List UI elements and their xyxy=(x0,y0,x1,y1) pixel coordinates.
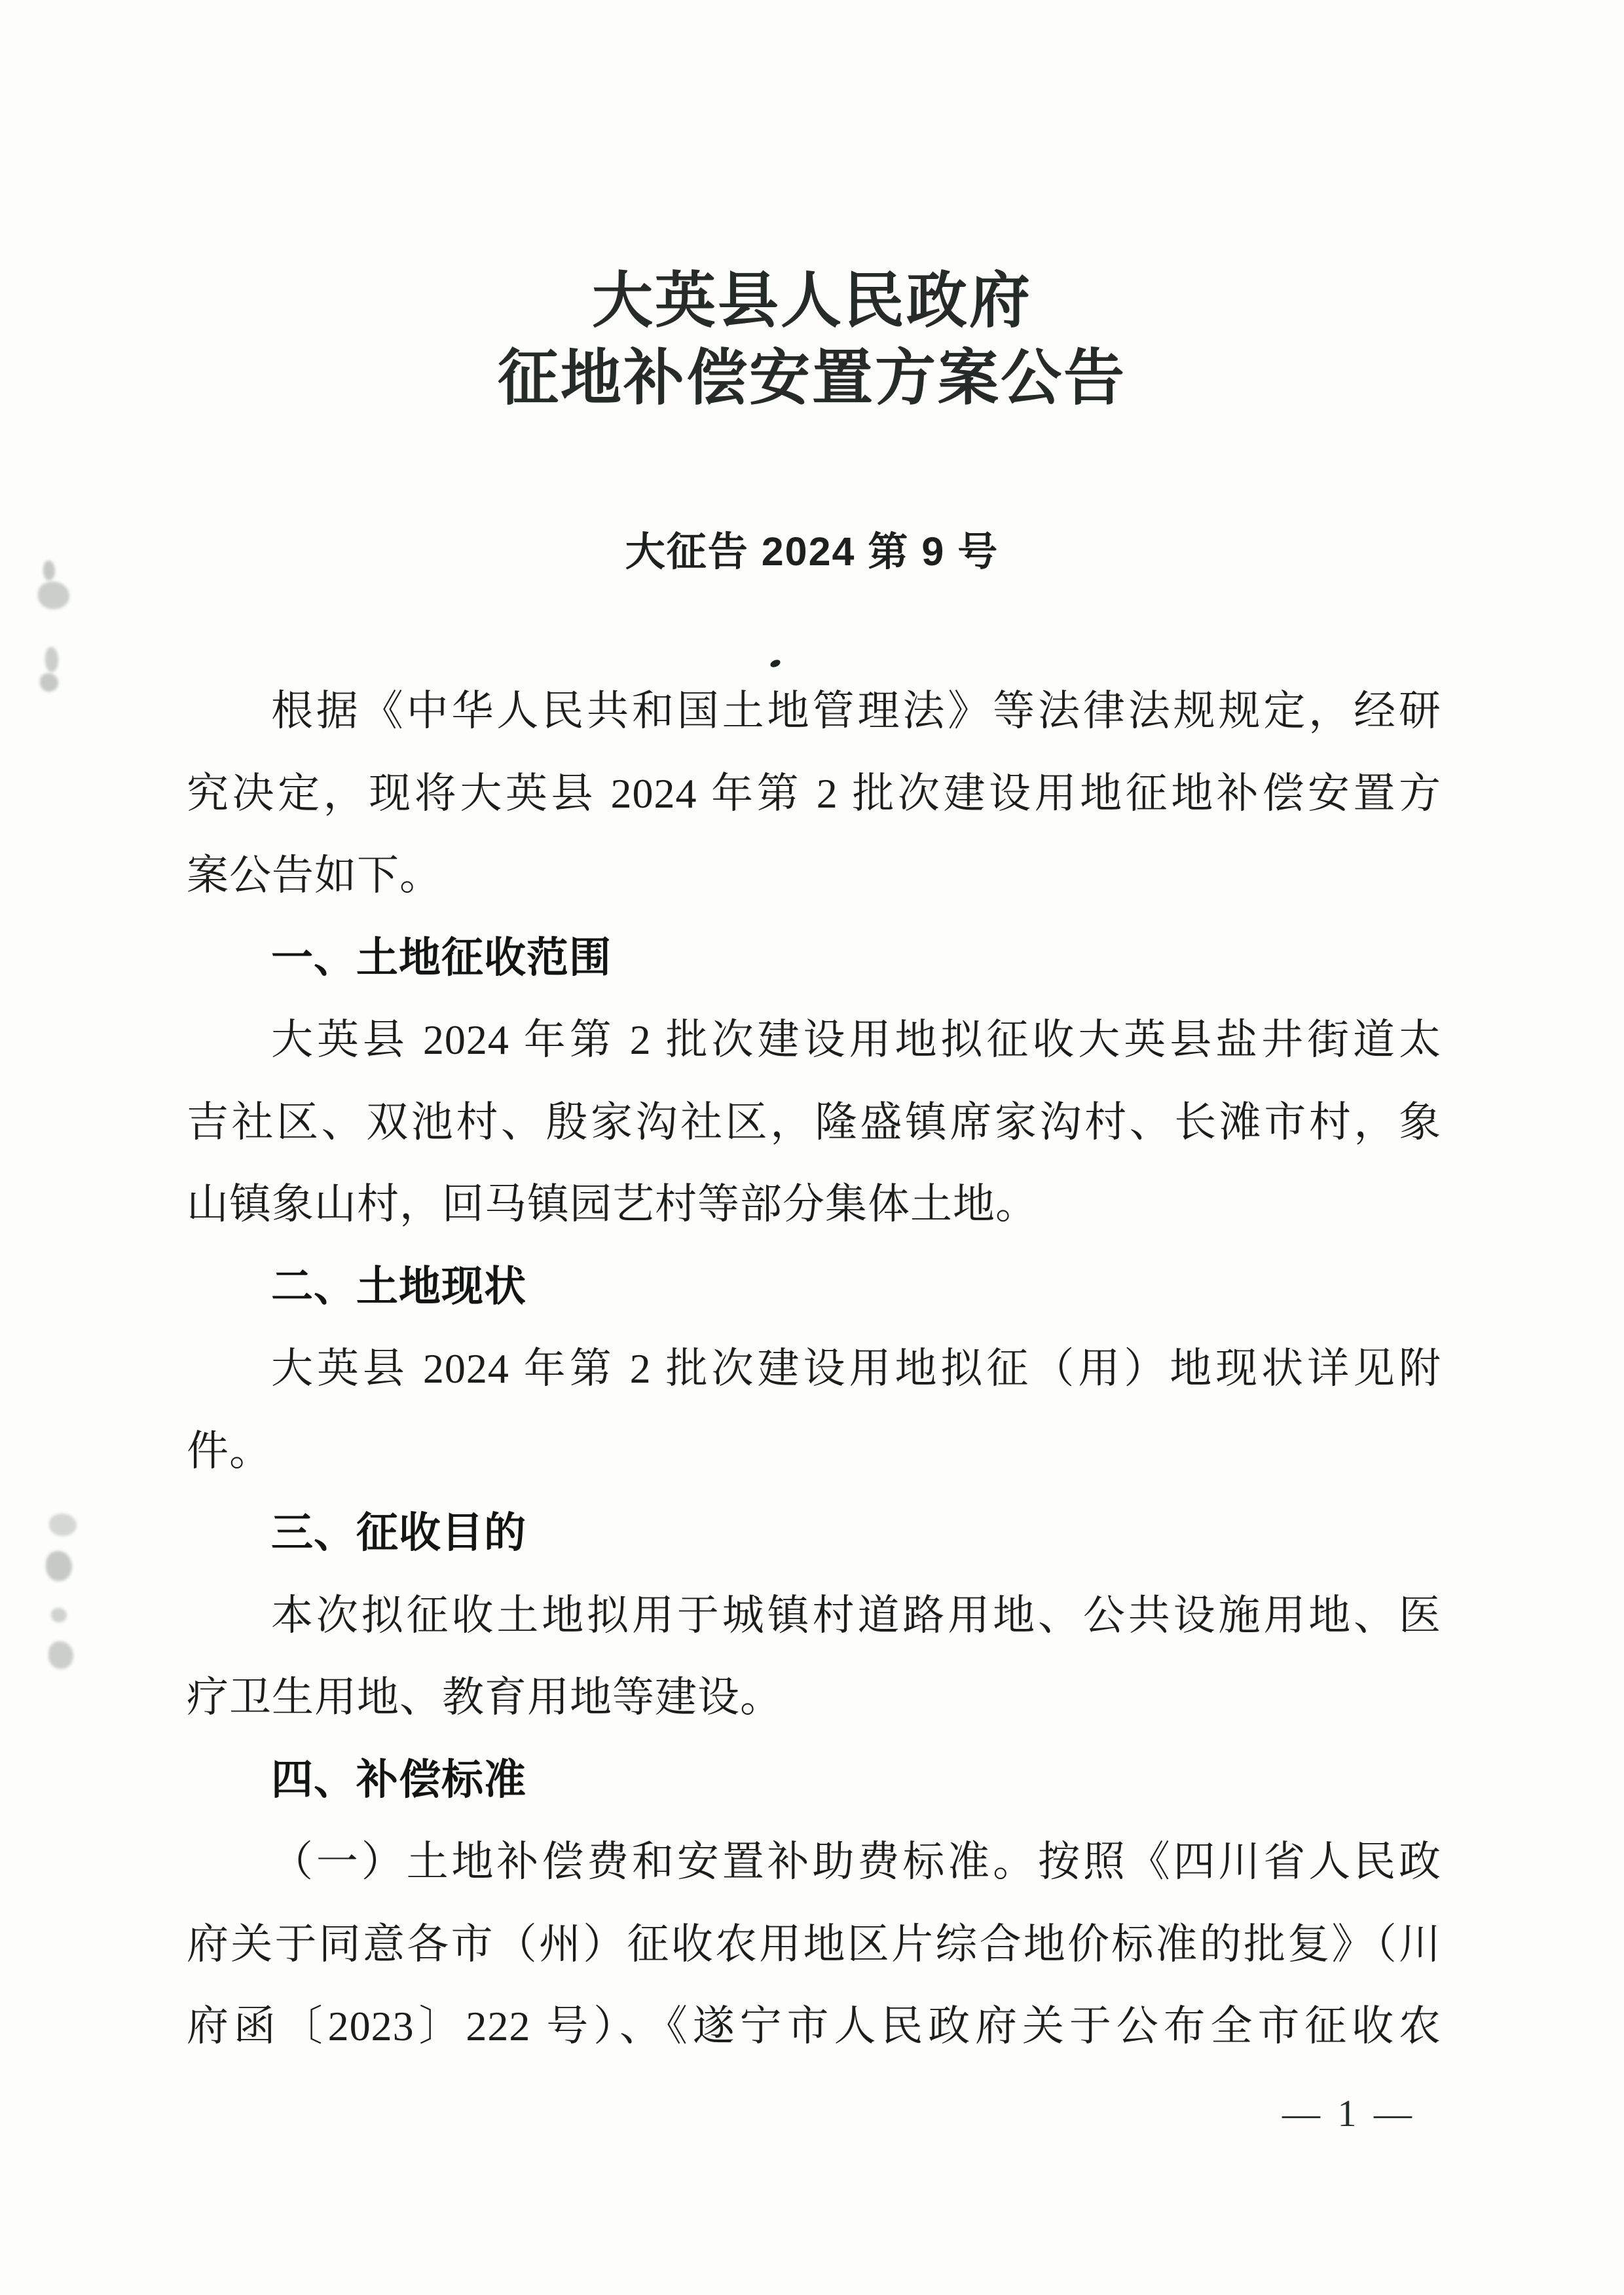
scan-artifact xyxy=(45,647,58,672)
body-line: 件。 xyxy=(187,1428,1441,1475)
section-heading-3: 三、征收目的 xyxy=(187,1510,1441,1557)
scan-artifact xyxy=(38,582,69,609)
body-line: 究决定，现将大英县 2024 年第 2 批次建设用地征地补偿安置方 xyxy=(187,770,1441,817)
scan-artifact xyxy=(40,673,58,692)
body-line: 大英县 2024 年第 2 批次建设用地拟征收大英县盐井街道太 xyxy=(187,1017,1441,1064)
scan-artifact xyxy=(49,1514,77,1536)
scan-artifact xyxy=(46,1551,72,1581)
body-line: 府函〔2023〕222 号）、《遂宁市人民政府关于公布全市征收农 xyxy=(187,2003,1441,2050)
body-line: （一）土地补偿费和安置补助费标准。按照《四川省人民政 xyxy=(187,1838,1441,1886)
page-number: — 1 — xyxy=(1282,2095,1416,2133)
scanned-document-page: 大英县人民政府 征地补偿安置方案公告 大征告 2024 第 9 号 根据《中华人… xyxy=(0,0,1624,2295)
document-title-line2: 征地补偿安置方案公告 xyxy=(0,348,1624,409)
body-line: 案公告如下。 xyxy=(187,852,1441,899)
body-line: 疗卫生用地、教育用地等建设。 xyxy=(187,1674,1441,1721)
section-heading-1: 一、土地征收范围 xyxy=(187,935,1441,982)
body-line: 府关于同意各市（州）征收农用地区片综合地价标准的批复》（川 xyxy=(187,1921,1441,1968)
ink-dot-artifact xyxy=(769,658,782,669)
body-line: 根据《中华人民共和国土地管理法》等法律法规规定，经研 xyxy=(187,688,1441,735)
scan-artifact xyxy=(43,561,55,580)
document-number: 大征告 2024 第 9 号 xyxy=(0,532,1624,572)
section-heading-4: 四、补偿标准 xyxy=(187,1757,1441,1804)
body-line: 吉社区、双池村、殷家沟社区，隆盛镇席家沟村、长滩市村，象 xyxy=(187,1099,1441,1146)
scan-artifact xyxy=(48,1641,73,1669)
document-title-line1: 大英县人民政府 xyxy=(0,271,1624,332)
section-heading-2: 二、土地现状 xyxy=(187,1263,1441,1311)
body-line: 山镇象山村，回马镇园艺村等部分集体土地。 xyxy=(187,1181,1441,1228)
body-line: 本次拟征收土地拟用于城镇村道路用地、公共设施用地、医 xyxy=(187,1592,1441,1639)
scan-artifact xyxy=(51,1608,67,1622)
body-line: 大英县 2024 年第 2 批次建设用地拟征（用）地现状详见附 xyxy=(187,1345,1441,1392)
